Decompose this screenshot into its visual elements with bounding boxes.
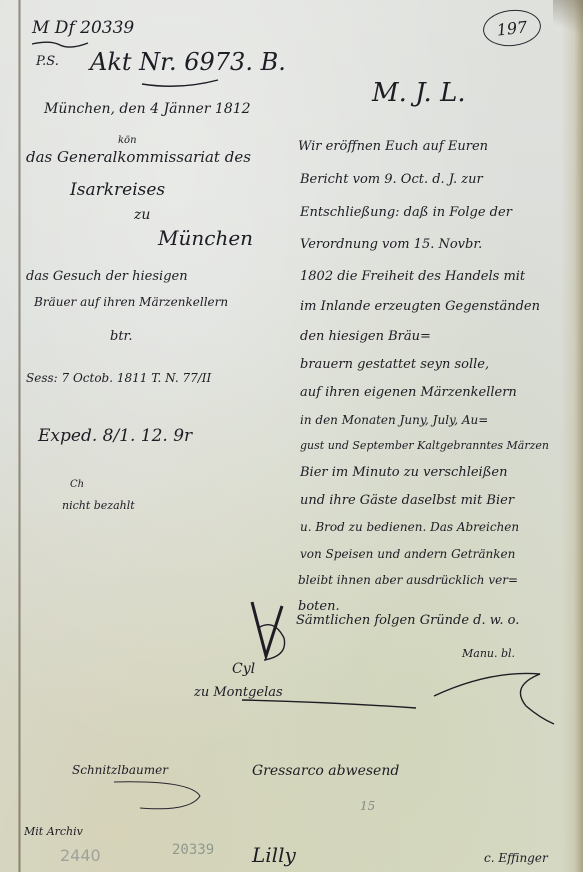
body-line: u. Brod zu bedienen. Das Abreichen <box>300 521 519 533</box>
file-reference: M Df 20339 <box>32 20 134 37</box>
body-line: im Inlande erzeugten Gegenständen <box>300 300 540 313</box>
ps-marker: P.S. <box>36 55 59 68</box>
addressee-line: Isarkreises <box>70 182 165 199</box>
approval-mark-flourish <box>244 598 314 668</box>
body-line: Verordnung vom 15. Novbr. <box>300 238 482 251</box>
pencil-number: 2440 <box>60 848 101 864</box>
paper-edge <box>561 0 583 872</box>
closing-note: Manu. bl. <box>462 648 515 659</box>
addressee-superscript: kön <box>118 136 137 146</box>
addressee-line: zu <box>134 208 150 222</box>
session-reference: Sess: 7 Octob. 1811 T. N. 77/II <box>26 372 211 384</box>
signature-center: Gressarco abwesend <box>252 764 399 778</box>
body-line: Bericht vom 9. Oct. d. J. zur <box>300 173 483 186</box>
subject-line: das Gesuch der hiesigen <box>26 270 188 283</box>
salutation: M. J. L. <box>372 80 466 106</box>
archive-note: Mit Archiv <box>24 826 83 837</box>
signature-bottom: Lilly <box>252 845 296 865</box>
archive-stamp-number: 20339 <box>172 843 214 857</box>
marginal-note: nicht bezahlt <box>62 500 135 511</box>
body-line: 1802 die Freiheit des Handels mit <box>300 270 525 283</box>
signature-left: Schnitzlbaumer <box>72 764 168 776</box>
page-fold <box>18 0 21 872</box>
pencil-mark: 15 <box>360 800 375 812</box>
body-line: Wir eröffnen Euch auf Euren <box>298 140 488 153</box>
signature-flourish <box>110 776 210 816</box>
body-line: bleibt ihnen aber ausdrücklich ver= <box>298 574 518 586</box>
underline-flourish <box>30 38 90 50</box>
body-line: Sämtlichen folgen Gründe d. w. o. <box>296 614 519 627</box>
body-line: Bier im Minuto zu verschleißen <box>300 466 507 479</box>
subject-line: btr. <box>110 330 132 343</box>
body-line: Entschließung: daß in Folge der <box>300 206 512 219</box>
underline-flourish <box>240 696 420 712</box>
underline-flourish <box>140 76 220 92</box>
countersign: Cyl <box>232 662 255 676</box>
body-line: von Speisen und andern Getränken <box>300 548 515 560</box>
body-line: gust und September Kaltgebranntes Märzen <box>300 440 549 451</box>
addressee-city: München <box>158 228 253 248</box>
body-line: den hiesigen Bräu= <box>300 330 431 343</box>
act-number: Akt Nr. 6973. B. <box>90 50 286 74</box>
document-page: 197 M Df 20339 P.S. Akt Nr. 6973. B. Mün… <box>0 0 583 872</box>
expedition-line: Exped. 8/1. 12. 9r <box>38 428 192 445</box>
paper-corner-shadow <box>553 0 583 40</box>
body-line: und ihre Gäste daselbst mit Bier <box>300 494 514 507</box>
addressee-line: das Generalkommissariat des <box>26 150 251 165</box>
body-line: in den Monaten Juny, July, Au= <box>300 414 488 426</box>
signature-right: c. Effinger <box>484 852 548 864</box>
marginal-note: Ch <box>70 480 84 490</box>
body-line: auf ihren eigenen Märzenkellern <box>300 386 517 399</box>
folio-number: 197 <box>481 7 542 49</box>
date-line: München, den 4 Jänner 1812 <box>44 102 251 116</box>
subject-line: Bräuer auf ihren Märzenkellern <box>34 296 228 308</box>
body-line: brauern gestattet seyn solle, <box>300 358 489 371</box>
paraph-flourish <box>430 666 560 726</box>
